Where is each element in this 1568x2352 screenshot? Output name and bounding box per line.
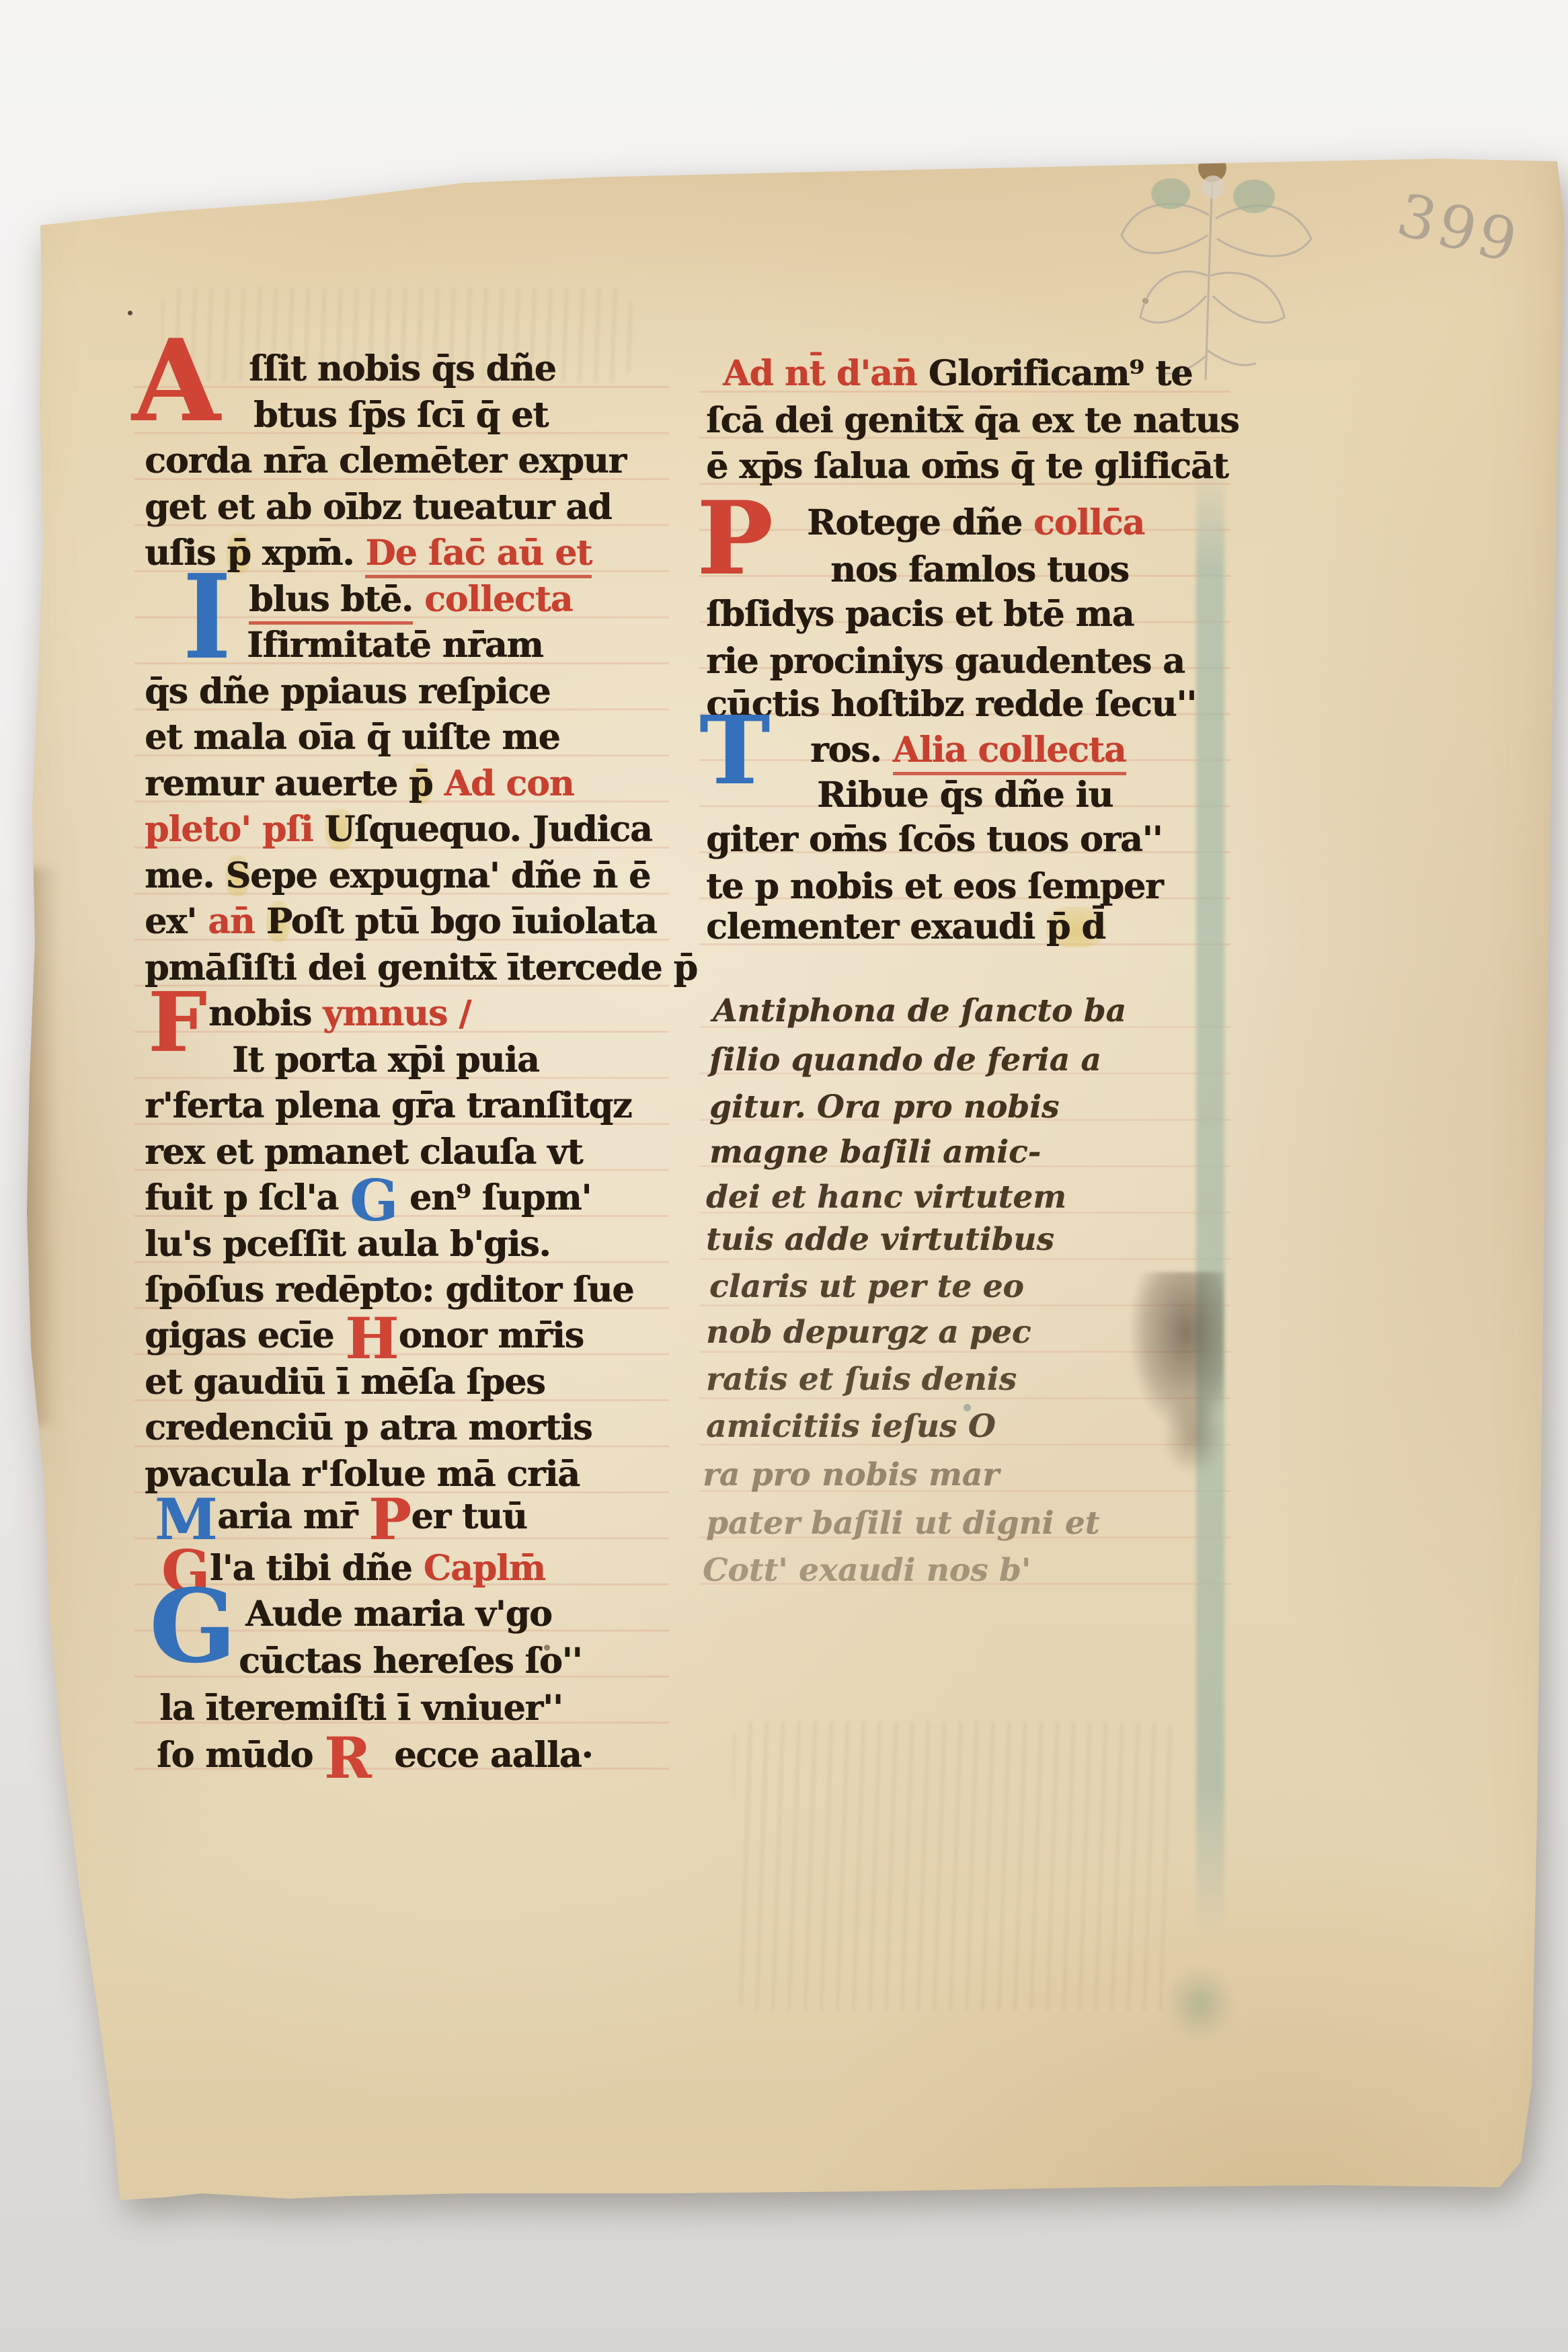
photo-background: 399 ſſit nobis q̄s dñebtus ſp̄s ſcī q̄ e… [0, 0, 1568, 2352]
text-line: pmāſiſti dei genitx̄ ītercede p̄ [145, 951, 697, 986]
text-segment: tuis adde virtutibus [706, 1221, 1054, 1258]
text-segment: rex et pmanet clauſa vt [145, 1132, 582, 1173]
text-segment: ē xp̄s ſalua om̄s q̄ te glificāt [706, 446, 1228, 487]
text-line: gigas ecīe Honor mr̄is [145, 1319, 584, 1354]
text-segment: te p nobis et eos ſemper [706, 866, 1163, 907]
text-line: tuis adde virtutibus [706, 1224, 1054, 1255]
text-line: cūctas hereſes ſo'' [239, 1644, 582, 1679]
text-line: ex' an̄ Poſt ptū bgo īuiolata [145, 904, 657, 939]
text-segment: nos famlos tuos [830, 549, 1129, 590]
text-segment: ſſit nobis q̄s dñe [249, 348, 556, 389]
text-segment: Cott' exaudi nos b' [703, 1552, 1031, 1589]
text-line: blus btē. collecta [249, 582, 572, 617]
text-line: ſcā dei genitx̄ q̄a ex te natus [706, 403, 1239, 438]
text-segment: btus ſp̄s ſcī q̄ et [253, 395, 548, 436]
text-line: dei et hanc virtutem [706, 1181, 1066, 1213]
text-line: rie prociniys gaudentes a [706, 644, 1185, 679]
text-line: pater baſili ut digni et [706, 1507, 1099, 1539]
text-segment: cūctas hereſes ſo'' [239, 1641, 582, 1682]
illuminated-initial: P [697, 498, 773, 580]
text-line: Maria mr̄ Per tuū [155, 1499, 527, 1534]
text-segment: me. [145, 855, 225, 896]
text-line: la īteremiſti ī vniuer'' [159, 1691, 563, 1726]
text-line: ſilio quando de feria a [709, 1044, 1101, 1076]
text-segment: S [225, 855, 250, 896]
illuminated-initial: A [132, 335, 219, 428]
text-line: fuit p ſcl'a G en⁹ ſupm' [145, 1181, 591, 1216]
text-line: amicitiis ieſus O [706, 1411, 996, 1442]
text-segment: remur auerte [145, 763, 409, 804]
text-segment: ſquequo. Judica [354, 809, 652, 850]
text-line: Aude maria v'go [245, 1597, 552, 1632]
text-line: me. Sepe expugna' dñe n̄ ē [145, 859, 650, 894]
text-line: te p nobis et eos ſemper [706, 869, 1163, 904]
text-segment: cūctis hoſtibz redde ſecu'' [706, 684, 1196, 725]
text-line: Rotege dñe collc̄a [807, 506, 1144, 541]
text-segment: Alia collecta [893, 730, 1126, 775]
text-segment: Ribue q̄s dñe iu [817, 775, 1113, 816]
text-segment: De ſac̄ aū et [365, 533, 592, 578]
text-segment [413, 579, 424, 620]
illuminated-initial: F [148, 988, 206, 1056]
text-line: ſpōſus redēpto: gditor ſue [145, 1273, 633, 1308]
text-line: ſbſidys pacis et btē ma [706, 597, 1134, 632]
text-segment: Aude maria v'go [245, 1594, 552, 1635]
text-segment: Ad con [444, 763, 574, 804]
text-segment: onor mr̄is [399, 1315, 584, 1356]
text-segment: aria mr̄ [217, 1496, 368, 1537]
text-line: ra pro nobis mar [703, 1459, 999, 1491]
text-segment: U [325, 809, 354, 850]
text-segment: ex' [145, 901, 208, 942]
illuminated-initial: I [183, 570, 230, 665]
text-segment: giter om̄s ſcōs tuos ora'' [706, 819, 1162, 860]
text-segment: R [324, 1725, 371, 1791]
text-segment: ſcā dei genitx̄ q̄a ex te natus [706, 400, 1239, 441]
text-segment: Ifirmitatē nr̄am [247, 625, 543, 666]
text-line: nob depurgz a pec [706, 1317, 1031, 1348]
text-line: et gaudiū ī mēſa ſpes [145, 1365, 545, 1400]
text-line: pleto' pſi Uſquequo. Judica [145, 812, 652, 847]
text-segment: nob depurgz a pec [706, 1314, 1031, 1351]
text-line: ē xp̄s ſalua om̄s q̄ te glificāt [706, 449, 1228, 484]
text-segment: claris ut per te eo [709, 1268, 1024, 1305]
text-segment: r'ferta plena gr̄a tranſitqz [145, 1085, 631, 1126]
text-segment: Caplm̄ [424, 1548, 545, 1589]
text-segment: dei et hanc virtutem [706, 1179, 1066, 1216]
text-line: giter om̄s ſcōs tuos ora'' [706, 822, 1162, 857]
text-segment: Rotege dñe [807, 502, 1033, 543]
folio-number: 399 [1390, 180, 1526, 276]
text-line: Ifirmitatē nr̄am [247, 628, 543, 663]
text-segment [432, 763, 444, 804]
text-segment: collecta [424, 579, 572, 620]
text-segment: nobis [208, 993, 323, 1034]
text-line: It porta xp̄i puia [232, 1043, 539, 1078]
text-line: Cott' exaudi nos b' [703, 1555, 1031, 1586]
text-segment: ecce aalla· [371, 1735, 593, 1776]
text-line: ros. Alia collecta [810, 733, 1126, 768]
text-line: get et ab oībz tueatur ad [145, 490, 611, 525]
text-segment: et mala oīa q̄ uiſte me [145, 717, 559, 758]
manuscript-leaf-wrapper: 399 ſſit nobis q̄s dñebtus ſp̄s ſcī q̄ e… [0, 0, 1568, 2352]
text-line: remur auerte p̄ Ad con [145, 767, 574, 801]
text-line: gitur. Ora pro nobis [709, 1091, 1059, 1123]
illuminated-initial: T [699, 713, 769, 790]
text-segment: amicitiis ieſus O [706, 1408, 996, 1445]
text-segment: get et ab oībz tueatur ad [145, 487, 611, 528]
text-line: Ad nt̄ d'an̄ Glorificam⁹ te [723, 356, 1192, 391]
text-segment: oſt ptū bgo īuiolata [290, 901, 656, 942]
text-segment: ſilio quando de feria a [709, 1042, 1101, 1079]
text-segment: blus btē. [249, 579, 413, 625]
bleedthrough-ghost [733, 1721, 1177, 2010]
text-segment: fuit p ſcl'a [145, 1177, 350, 1218]
text-line: ſo mūdo R ecce aalla· [157, 1738, 592, 1773]
text-segment: P [368, 1486, 411, 1553]
text-segment: ra pro nobis mar [703, 1456, 999, 1493]
text-segment: pater baſili ut digni et [706, 1505, 1099, 1542]
text-line: corda nr̄a clemēter expur [145, 444, 626, 479]
text-segment: er tuū [411, 1496, 526, 1537]
text-segment: Ad nt̄ d'an̄ [723, 353, 929, 394]
text-segment: ymnus / [323, 993, 471, 1034]
text-segment: p̄ d̄ [1046, 906, 1105, 947]
text-segment: la īteremiſti ī vniuer'' [159, 1688, 563, 1729]
text-segment: Antiphona de ſancto ba [713, 992, 1126, 1029]
text-segment: gigas ecīe [145, 1315, 345, 1356]
edge-wear [17, 867, 71, 1425]
offset-stain-band [1196, 464, 1224, 1936]
text-line: Ribue q̄s dñe iu [817, 778, 1113, 813]
text-line: nobis ymnus / [208, 996, 471, 1031]
text-segment: gitur. Ora pro nobis [709, 1089, 1059, 1126]
text-segment: ſpōſus redēpto: gditor ſue [145, 1269, 633, 1310]
text-line: cūctis hoſtibz redde ſecu'' [706, 687, 1196, 722]
text-line: ſſit nobis q̄s dñe [249, 352, 556, 387]
text-segment: et gaudiū ī mēſa ſpes [145, 1362, 545, 1403]
text-segment: ſo mūdo [157, 1735, 324, 1776]
text-segment: p̄ [227, 533, 250, 574]
text-segment: an̄ [208, 901, 266, 942]
text-line: r'ferta plena gr̄a tranſitqz [145, 1089, 631, 1124]
text-line: credenciū p atra mortis [145, 1411, 592, 1446]
text-segment: pleto' pſi [145, 809, 325, 850]
text-segment: pmāſiſti dei genitx̄ ītercede p̄ [145, 947, 697, 988]
text-line: btus ſp̄s ſcī q̄ et [253, 398, 548, 433]
text-line: Antiphona de ſancto ba [713, 995, 1126, 1027]
text-segment: ſbſidys pacis et btē ma [706, 594, 1134, 635]
text-segment: P [266, 901, 291, 942]
text-segment: collc̄a [1033, 502, 1144, 543]
text-segment: magne baſili amic- [709, 1134, 1041, 1171]
text-segment: Glorificam⁹ te [929, 353, 1192, 394]
text-segment: It porta xp̄i puia [232, 1040, 539, 1081]
illuminated-initial: G [149, 1585, 235, 1668]
text-line: claris ut per te eo [709, 1271, 1024, 1302]
text-segment: epe expugna' dñe n̄ ē [250, 855, 650, 896]
text-line: lu's pceſſit aula b'gis. [145, 1227, 550, 1262]
text-segment: lu's pceſſit aula b'gis. [145, 1224, 550, 1265]
text-segment: p̄ [409, 763, 432, 804]
text-line: rex et pmanet clauſa vt [145, 1135, 582, 1170]
text-segment: clementer exaudi [706, 906, 1046, 947]
manuscript-leaf: 399 ſſit nobis q̄s dñebtus ſp̄s ſcī q̄ e… [0, 0, 1568, 2352]
text-line: nos famlos tuos [830, 553, 1129, 588]
text-segment: ratis et ſuis denis [706, 1361, 1017, 1398]
text-segment: l'a tibi dñe [210, 1548, 424, 1589]
text-line: et mala oīa q̄ uiſte me [145, 720, 559, 755]
text-segment: rie prociniys gaudentes a [706, 641, 1185, 682]
text-segment: credenciū p atra mortis [145, 1407, 592, 1448]
text-segment: en⁹ ſupm' [398, 1177, 591, 1218]
green-stain [1167, 1967, 1234, 2041]
text-line: magne baſili amic- [709, 1136, 1041, 1168]
text-line: ratis et ſuis denis [706, 1364, 1017, 1395]
text-line: clementer exaudi p̄ d̄ [706, 910, 1105, 945]
text-segment: xpm̄. [251, 533, 366, 574]
text-segment: ros. [810, 730, 893, 771]
